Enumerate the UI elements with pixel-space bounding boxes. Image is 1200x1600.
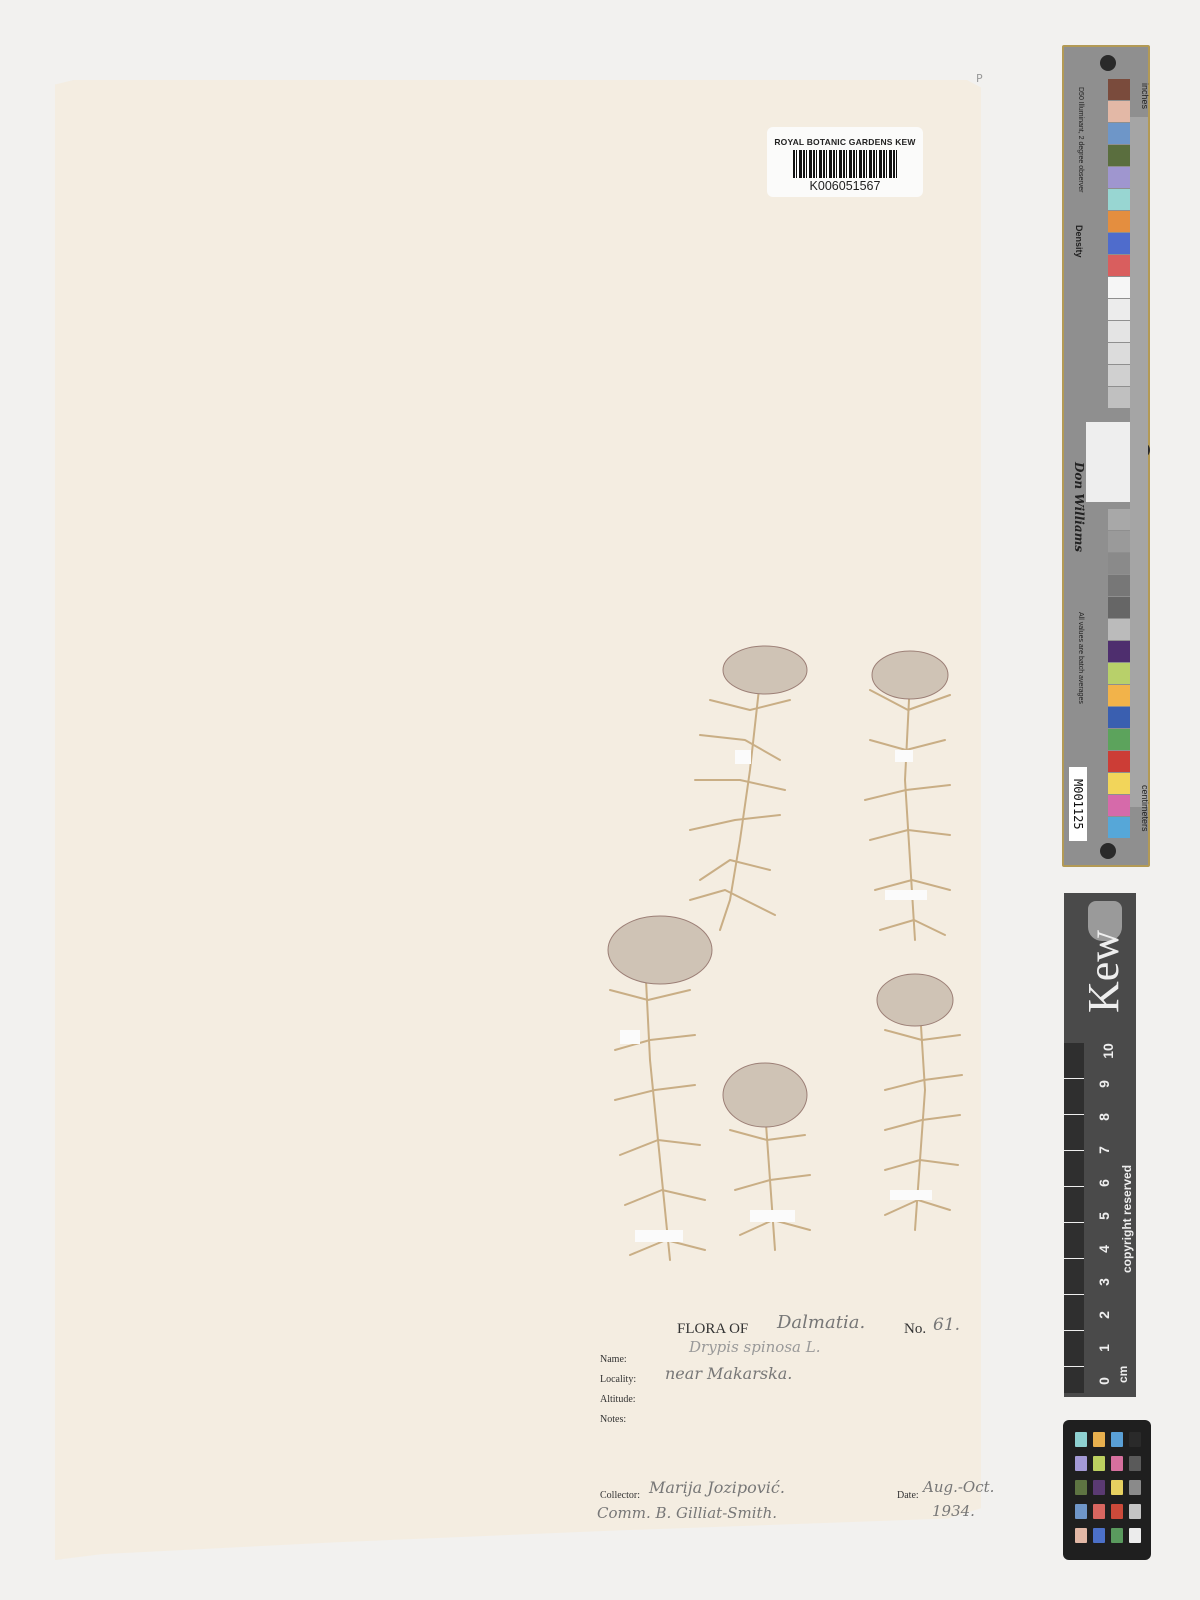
color-patch <box>1108 663 1130 684</box>
flora-of-value: Dalmatia. <box>777 1312 865 1333</box>
color-swatch <box>1129 1480 1141 1495</box>
color-swatch <box>1129 1504 1141 1519</box>
date-label: Date: <box>897 1490 919 1501</box>
color-swatch <box>1075 1480 1087 1495</box>
color-swatch <box>1075 1504 1087 1519</box>
color-swatch <box>1093 1504 1105 1519</box>
date-value-line2: 1934. <box>932 1502 975 1520</box>
color-swatch <box>1075 1456 1087 1471</box>
ruler-id: M001125 <box>1069 767 1087 841</box>
scale-number: 4 <box>1096 1245 1112 1253</box>
color-patch <box>1108 277 1130 298</box>
name-value: Drypis spinosa L. <box>689 1338 820 1356</box>
color-patch <box>1108 685 1130 706</box>
color-patch <box>1108 641 1130 662</box>
color-patch <box>1108 79 1130 100</box>
color-patch <box>1108 387 1130 408</box>
color-patch <box>1108 619 1130 640</box>
color-swatch <box>1129 1432 1141 1447</box>
color-patch <box>1108 321 1130 342</box>
color-patch <box>1108 707 1130 728</box>
collector-value: Marija Jozipović. <box>649 1478 785 1497</box>
color-patch <box>1108 189 1130 210</box>
scale-number: 8 <box>1096 1113 1112 1121</box>
inch-cm-scale <box>1130 117 1148 807</box>
color-swatch <box>1075 1528 1087 1543</box>
locality-value: near Makarska. <box>665 1364 792 1383</box>
illuminant-note: D50 Illuminant, 2 degree observer <box>1077 87 1084 192</box>
color-patch <box>1108 343 1130 364</box>
color-patch <box>1108 509 1130 530</box>
color-patch <box>1108 123 1130 144</box>
cm-unit-label: cm <box>1116 1366 1130 1383</box>
scale-number: 6 <box>1096 1179 1112 1187</box>
corner-mark: P <box>976 72 983 85</box>
color-swatch <box>1111 1480 1123 1495</box>
notes-label: Notes: <box>600 1414 626 1425</box>
color-patch <box>1108 299 1130 320</box>
color-patch <box>1108 751 1130 772</box>
flora-of-label: FLORA OF <box>677 1321 748 1338</box>
altitude-label: Altitude: <box>600 1394 636 1405</box>
color-patch <box>1108 233 1130 254</box>
color-patch <box>1108 365 1130 386</box>
color-patch <box>1108 597 1130 618</box>
color-swatch <box>1093 1456 1105 1471</box>
number-label: No. <box>904 1321 926 1338</box>
color-calibration-ruler: inches centimeters D50 Illuminant, 2 deg… <box>1062 45 1150 867</box>
scale-number: 7 <box>1096 1146 1112 1154</box>
number-value: 61. <box>933 1315 960 1335</box>
color-patch <box>1108 817 1130 838</box>
resolution-target <box>1086 422 1130 502</box>
name-label: Name: <box>600 1354 627 1365</box>
color-patch <box>1108 575 1130 596</box>
color-patch <box>1108 101 1130 122</box>
plant-specimens-image <box>600 640 980 1290</box>
density-label: Density <box>1074 225 1084 258</box>
scale-number: 1 <box>1096 1344 1112 1352</box>
scale-number: 3 <box>1096 1278 1112 1286</box>
locality-label: Locality: <box>600 1374 636 1385</box>
color-patch <box>1108 553 1130 574</box>
color-patch <box>1108 531 1130 552</box>
centimeters-label: centimeters <box>1140 785 1150 832</box>
color-patch <box>1108 773 1130 794</box>
color-patch <box>1108 795 1130 816</box>
barcode-number: K006051567 <box>767 179 923 193</box>
inches-label: inches <box>1140 83 1150 109</box>
color-patch <box>1108 167 1130 188</box>
barcode-label: ROYAL BOTANIC GARDENS KEW K006051567 <box>767 127 923 197</box>
scale-number: 9 <box>1096 1080 1112 1088</box>
communicated-by-value: Comm. B. Gilliat-Smith. <box>597 1504 777 1522</box>
color-patch <box>1108 211 1130 232</box>
scale-number: 5 <box>1096 1212 1112 1220</box>
collector-label: Collector: <box>600 1490 640 1501</box>
cm-ruler-blocks <box>1064 1043 1084 1393</box>
color-swatch <box>1093 1480 1105 1495</box>
copyright-text: copyright reserved <box>1120 1165 1134 1273</box>
color-swatch <box>1129 1528 1141 1543</box>
ruler-hole-bottom-icon <box>1100 843 1116 859</box>
batch-note: All values are batch averages <box>1077 612 1084 704</box>
ruler-hole-top-icon <box>1100 55 1116 71</box>
color-patch <box>1108 255 1130 276</box>
scale-number: 0 <box>1096 1377 1112 1385</box>
specimen-label: FLORA OF Dalmatia. No. 61. Name: Drypis … <box>597 1318 997 1558</box>
color-swatch <box>1111 1504 1123 1519</box>
color-patch <box>1108 729 1130 750</box>
color-swatch <box>1129 1456 1141 1471</box>
kew-logo: Kew <box>1078 930 1129 1013</box>
color-swatch <box>1111 1432 1123 1447</box>
kew-scale-bar: Kew 012345678910 copyright reserved cm <box>1064 893 1136 1397</box>
color-patch <box>1108 145 1130 166</box>
color-swatch <box>1093 1528 1105 1543</box>
barcode-icon <box>793 150 897 178</box>
color-swatch <box>1111 1528 1123 1543</box>
color-swatch <box>1075 1432 1087 1447</box>
color-swatch <box>1093 1432 1105 1447</box>
scale-number: 10 <box>1100 1043 1116 1059</box>
color-checker-card <box>1063 1420 1151 1560</box>
brand-name: Don Williams <box>1072 462 1086 552</box>
date-value-line1: Aug.-Oct. <box>923 1478 994 1496</box>
institution-name: ROYAL BOTANIC GARDENS KEW <box>767 137 923 147</box>
color-swatch <box>1111 1456 1123 1471</box>
scale-number: 2 <box>1096 1311 1112 1319</box>
